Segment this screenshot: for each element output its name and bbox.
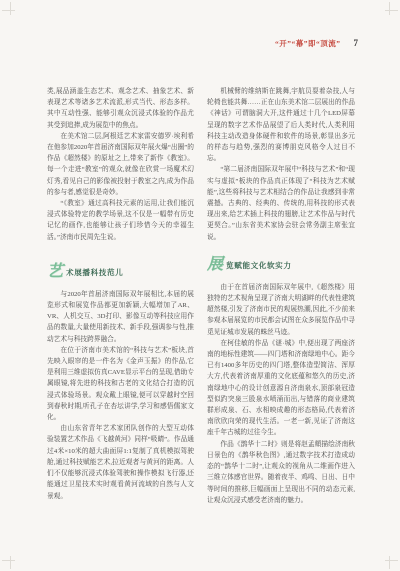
section-heading-dropcap: 展 (207, 257, 223, 272)
crop-mark-bottom-left (10, 556, 11, 569)
paragraph: 在柯佳敏的作品《谜·城》中,便出现了两座济南的地标性建筑——四门塔和济南绿地中心… (207, 338, 355, 439)
section-heading-text: 术展播科技范儿 (66, 268, 123, 279)
section-heading-text: 览赋能文化软实力 (226, 261, 292, 272)
paragraph: 由山东省青年艺术家团队创作的大型互动体验装置艺术作品《飞越黄河》同样“吸睛”。作… (47, 423, 194, 501)
magazine-page: “开”“幕”即“顶流” 7 类,展品涵盖生态艺术、观念艺术、抽象艺术、新表现艺术… (0, 0, 400, 571)
page-number: 7 (354, 38, 359, 48)
crop-mark-bottom-left (2, 560, 15, 561)
crop-mark-top-right (389, 2, 390, 15)
section-heading-tech: 艺 术展播科技范儿 (47, 264, 194, 279)
crop-mark-bottom-right (385, 560, 398, 561)
paragraph: 在美术馆二层,阿根廷艺术家雷安德罗·埃利希在他参加2020年首届济南国际双年展火… (47, 131, 194, 198)
paragraph: 与2020年首届济南国际双年展相比,本届的展览形式和展览作品都更加新颖,大幅增加… (47, 289, 194, 345)
paragraph: “第二届济南国际双年展中“科技与艺术”和“现实与虚拟”板块的作品真正体现了“科技… (207, 164, 355, 242)
paragraph: 作品《鹊华十二时》则是将赵孟頫描绘济南秋日景色的《鹊华秋色图》,通过数字技术打造… (207, 439, 355, 506)
paragraph: 机械臂的维纳斯在跳舞,宇航员耍着杂技,人与轮椅也能共舞……正在山东美术馆二层展出… (207, 86, 355, 164)
crop-mark-top-left (10, 2, 11, 15)
left-column: 类,展品涵盖生态艺术、观念艺术、抽象艺术、新表现艺术等诸多艺术流派,形式当代、形… (47, 86, 194, 502)
right-column: 机械臂的维纳斯在跳舞,宇航员耍着杂技,人与轮椅也能共舞……正在山东美术馆二层展出… (207, 86, 355, 506)
crop-mark-top-left (2, 10, 15, 11)
paragraph: 由于在首届济南国际双年展中,《超然楼》用独特的艺术视角呈现了济南大明湖畔的代表性… (207, 282, 355, 338)
running-title: “开”“幕”即“顶流” (275, 38, 341, 49)
section-heading-dropcap: 艺 (47, 264, 63, 279)
section-heading-culture: 展 览赋能文化软实力 (207, 257, 355, 272)
paragraph: 在位于济南市美术馆的“科技与艺术”板块,首先映入眼帘的是一件名为《金声玉振》的作… (47, 345, 194, 423)
crop-mark-top-right (385, 10, 398, 11)
crop-mark-bottom-right (389, 556, 390, 569)
paragraph: “《教室》通过高科技元素的运用,让我们能沉浸式体验特定的教学场景,这不仅是一幅带… (47, 198, 194, 243)
running-header: “开”“幕”即“顶流” 7 (275, 38, 358, 49)
paragraph: 类,展品涵盖生态艺术、观念艺术、抽象艺术、新表现艺术等诸多艺术流派,形式当代、形… (47, 86, 194, 131)
